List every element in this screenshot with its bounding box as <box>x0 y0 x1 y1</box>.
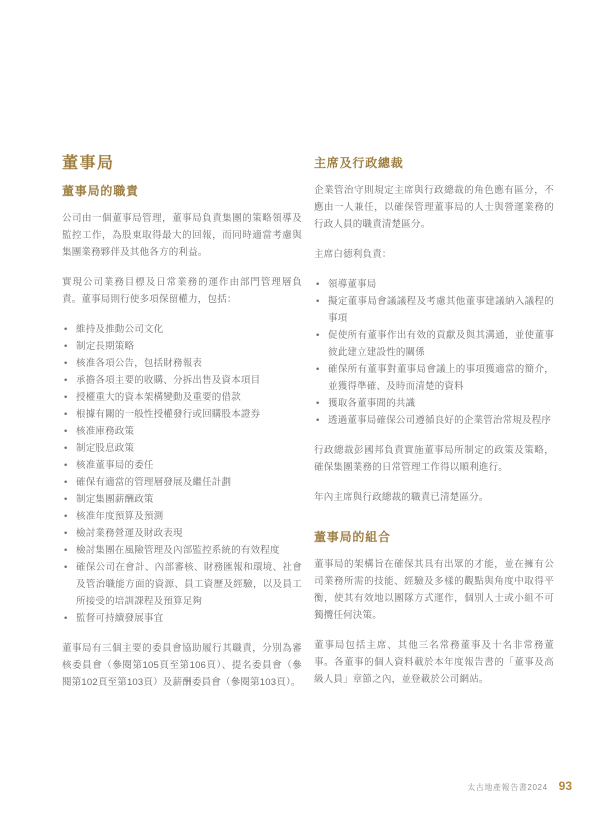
list-item: 檢討集團在風險管理及內部監控系統的有效程度 <box>62 542 302 559</box>
list-item: 確保公司在會計、內部審核、財務匯報和環境、社會及管治職能方面的資源、員工資歷及經… <box>62 559 302 610</box>
list-item: 確保所有董事對董事局會議上的事項獲適當的簡介，並獲得準確、及時而清楚的資料 <box>314 361 554 395</box>
list-item: 透過董事局確保公司遵循良好的企業管治常規及程序 <box>314 412 554 429</box>
paragraph: 年內主席與行政總裁的職責已清楚區分。 <box>314 489 554 506</box>
list-item: 獲取各董事間的共識 <box>314 395 554 412</box>
list-item: 核准庫務政策 <box>62 423 302 440</box>
left-column: 董事局 董事局的職責 公司由一個董事局管理，董事局負責集團的策略領導及監控工作，… <box>62 150 302 704</box>
paragraph: 公司由一個董事局管理，董事局負責集團的策略領導及監控工作，為股東取得最大的回報，… <box>62 210 302 261</box>
paragraph: 董事局的架構旨在確保其具有出眾的才能，並在擁有公司業務所需的技能、經驗及多樣的觀… <box>314 556 554 624</box>
paragraph: 主席白德利負責： <box>314 246 554 263</box>
list-item: 制定集團薪酬政策 <box>62 491 302 508</box>
page-footer: 太古地產報告書2024 93 <box>467 779 572 793</box>
list-item: 核准各項公告，包括財務報表 <box>62 355 302 372</box>
list-item: 監督可持續發展事宜 <box>62 610 302 627</box>
list-item: 維持及推動公司文化 <box>62 321 302 338</box>
report-page: 董事局 董事局的職責 公司由一個董事局管理，董事局負責集團的策略領導及監控工作，… <box>0 0 600 814</box>
list-item: 承擔各項主要的收購、分拆出售及資本項目 <box>62 372 302 389</box>
list-item: 擬定董事局會議議程及考慮其他董事建議納入議程的事項 <box>314 293 554 327</box>
right-column: 主席及行政總裁 企業管治守則規定主席與行政總裁的角色應有區分，不應由一人兼任，以… <box>314 150 554 704</box>
reserved-powers-list: 維持及推動公司文化 制定長期策略 核准各項公告，包括財務報表 承擔各項主要的收購… <box>62 321 302 627</box>
paragraph: 董事局包括主席、其他三名常務董事及十名非常務董事。各董事的個人資料載於本年度報告… <box>314 637 554 688</box>
paragraph: 行政總裁彭國邦負責實施董事局所制定的政策及策略，確保集團業務的日常管理工作得以順… <box>314 442 554 476</box>
list-item: 領導董事局 <box>314 276 554 293</box>
paragraph: 實現公司業務目標及日常業務的運作由部門管理層負責。董事局則行使多項保留權力，包括… <box>62 274 302 308</box>
section-heading-chairman-ceo: 主席及行政總裁 <box>314 154 554 171</box>
footer-report-title: 太古地產報告書2024 <box>467 782 547 793</box>
list-item: 制定長期策略 <box>62 338 302 355</box>
list-item: 檢討業務營運及財政表現 <box>62 525 302 542</box>
page-title: 董事局 <box>62 150 302 173</box>
two-column-layout: 董事局 董事局的職責 公司由一個董事局管理，董事局負責集團的策略領導及監控工作，… <box>62 150 554 704</box>
list-item: 確保有適當的管理層發展及繼任計劃 <box>62 474 302 491</box>
section-heading-board-composition: 董事局的組合 <box>314 528 554 545</box>
list-item: 促使所有董事作出有效的貢獻及與其溝通，並使董事彼此建立建設性的關係 <box>314 327 554 361</box>
section-heading-board-responsibilities: 董事局的職責 <box>62 182 302 199</box>
paragraph: 企業管治守則規定主席與行政總裁的角色應有區分，不應由一人兼任，以確保管理董事局的… <box>314 182 554 233</box>
list-item: 授權重大的資本架構變動及重要的借款 <box>62 389 302 406</box>
chairman-duties-list: 領導董事局 擬定董事局會議議程及考慮其他董事建議納入議程的事項 促使所有董事作出… <box>314 276 554 429</box>
list-item: 核准董事局的委任 <box>62 457 302 474</box>
paragraph: 董事局有三個主要的委員會協助履行其職責，分別為審核委員會（參閱第105頁至第10… <box>62 640 302 691</box>
footer-page-number: 93 <box>559 779 572 793</box>
list-item: 根據有關的一般性授權發行或回購股本證券 <box>62 406 302 423</box>
list-item: 核准年度預算及預測 <box>62 508 302 525</box>
list-item: 制定股息政策 <box>62 440 302 457</box>
